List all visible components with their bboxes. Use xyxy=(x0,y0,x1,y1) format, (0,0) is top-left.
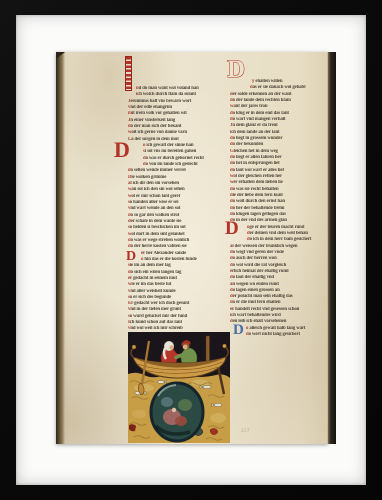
text-column-right: y ehalten willendas er sie danach wol ge… xyxy=(230,79,325,338)
face-left xyxy=(169,345,174,350)
framed-artwork: nd do man want wol voland hanich wolch d… xyxy=(0,0,382,500)
miniature-illustration xyxy=(128,332,230,443)
book-fore-edge xyxy=(327,52,336,444)
text-column-left: nd do man want wol voland hanich wolch d… xyxy=(128,86,224,333)
mat-board: nd do man want wol voland hanich wolch d… xyxy=(16,15,366,485)
diving-bell-sphere xyxy=(151,383,203,441)
text-line: do wert nicht lang gesichert xyxy=(230,332,325,338)
initial-outline-right-top: D xyxy=(227,57,245,82)
manuscript-page: nd do man want wol voland hanich wolch d… xyxy=(56,52,328,444)
stern-post xyxy=(206,336,210,364)
binding-gutter xyxy=(56,52,65,444)
initial-blue-right-low: D xyxy=(233,323,244,338)
initial-red-right-mid: D xyxy=(225,219,239,238)
face-right xyxy=(183,345,188,350)
initial-red-left-low: D xyxy=(126,250,136,264)
initial-red-left-mid: D xyxy=(114,139,130,161)
miniature-boat-diving-bell xyxy=(128,332,230,443)
folio-number: 257 xyxy=(241,429,250,434)
